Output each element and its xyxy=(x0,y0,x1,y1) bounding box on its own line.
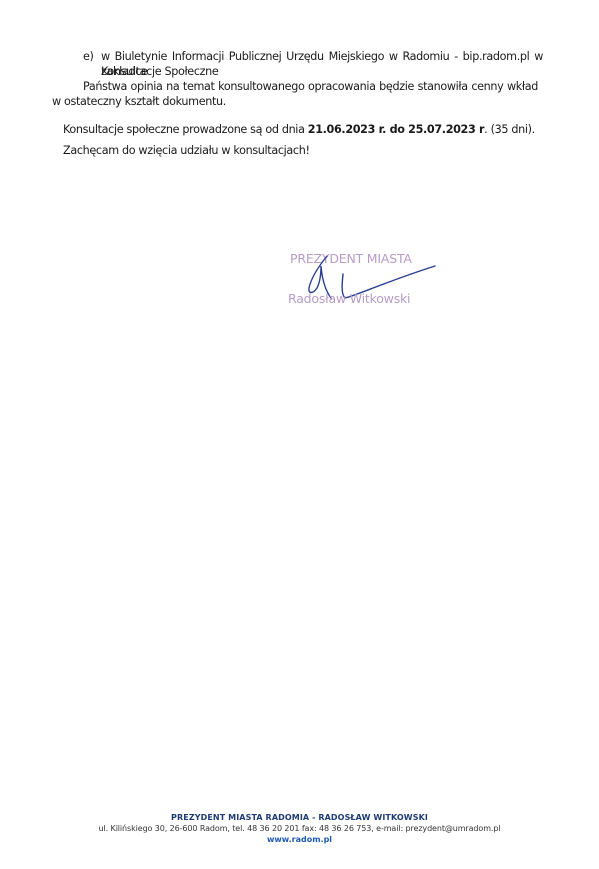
encouragement-text: Zachęcam do wzięcia udziału w konsultacj… xyxy=(63,143,310,158)
footer-title: PREZYDENT MIASTA RADOMIA - RADOSŁAW WITK… xyxy=(0,812,599,823)
footer-address: ul. Kilińskiego 30, 26-600 Radom, tel. 4… xyxy=(0,823,599,834)
footer-website-link[interactable]: www.radom.pl xyxy=(0,834,599,845)
document-page: e) w Biuletynie Informacji Publicznej Ur… xyxy=(0,0,599,869)
letterhead-footer: PREZYDENT MIASTA RADOMIA - RADOSŁAW WITK… xyxy=(0,812,599,845)
opinion-paragraph: Państwa opinia na temat konsultowanego o… xyxy=(52,79,538,109)
dates-range: 21.06.2023 r. do 25.07.2023 r xyxy=(308,123,484,136)
signature-block: PREZYDENT MIASTA Radosław Witkowski xyxy=(285,248,455,318)
list-item-text-continued: Konsultacje Społeczne xyxy=(101,64,218,79)
handwritten-signature-icon xyxy=(285,248,455,318)
consultation-dates: Konsultacje społeczne prowadzone są od d… xyxy=(63,122,535,137)
signature-name: Radosław Witkowski xyxy=(288,291,410,306)
dates-suffix: . (35 dni). xyxy=(484,123,535,136)
list-marker: e) xyxy=(83,49,94,64)
dates-prefix: Konsultacje społeczne prowadzone są od d… xyxy=(63,123,308,136)
